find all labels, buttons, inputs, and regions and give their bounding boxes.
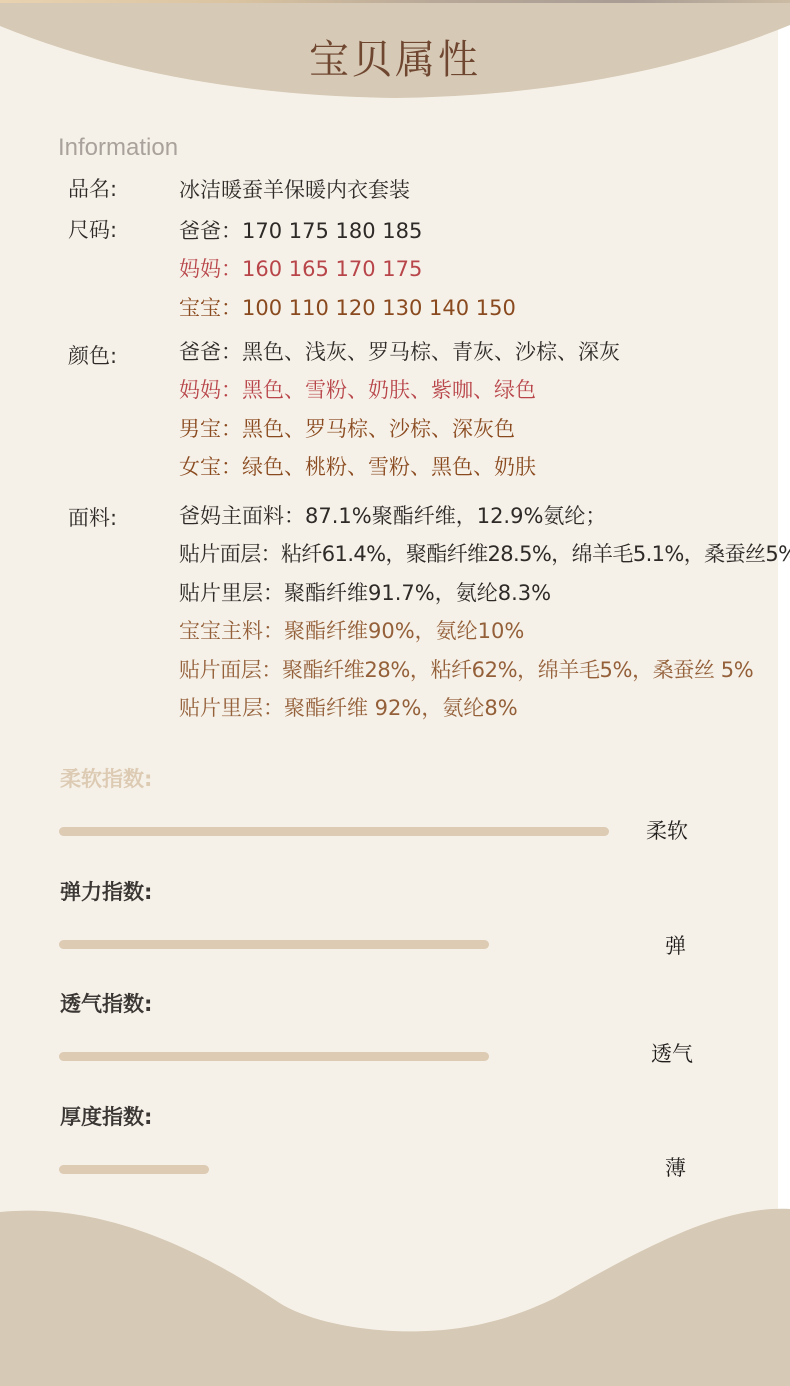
- breathability-index-bar: [59, 1052, 489, 1061]
- fabric-parent-patch-outer: 贴片面层：粘纤61.4%，聚酯纤维28.5%，绵羊毛5.1%，桑蚕丝5%；: [179, 541, 790, 567]
- fabric-kid-main: 宝宝主料：聚酯纤维90%，氨纶10%: [179, 618, 524, 644]
- softness-index-bar: [59, 827, 609, 836]
- product-name-label: 品名:: [68, 176, 117, 202]
- thickness-index-value: 薄: [665, 1152, 686, 1182]
- color-dad: 爸爸：黑色、浅灰、罗马棕、青灰、沙棕、深灰: [179, 339, 620, 365]
- color-mom: 妈妈：黑色、雪粉、奶肤、紫咖、绿色: [179, 377, 536, 403]
- product-name-value: 冰洁暖蚕羊保暖内衣套装: [179, 177, 410, 203]
- size-mom: 妈妈：160 165 170 175: [179, 256, 422, 282]
- breathability-index-value: 透气: [651, 1038, 693, 1068]
- elasticity-index-bar: [59, 940, 489, 949]
- page-title: 宝贝属性: [0, 28, 790, 85]
- fabric-kid-patch-inner: 贴片里层：聚酯纤维 92%，氨纶8%: [179, 695, 518, 721]
- elasticity-index-value: 弹: [665, 930, 686, 960]
- breathability-index-title: 透气指数:: [60, 988, 152, 1018]
- fabric-parent-patch-inner: 贴片里层：聚酯纤维91.7%，氨纶8.3%: [179, 580, 551, 606]
- softness-index-title: 柔软指数:: [60, 763, 152, 793]
- footer-wave-shape: [0, 1180, 790, 1386]
- color-girl: 女宝：绿色、桃粉、雪粉、黑色、奶肤: [179, 454, 536, 480]
- color-label: 颜色:: [68, 343, 117, 369]
- thickness-index-title: 厚度指数:: [60, 1101, 152, 1131]
- fabric-parent-main: 爸妈主面料：87.1%聚酯纤维，12.9%氨纶；: [179, 503, 606, 529]
- size-dad: 爸爸：170 175 180 185: [179, 218, 422, 244]
- elasticity-index-title: 弹力指数:: [60, 876, 152, 906]
- thickness-index-bar: [59, 1165, 209, 1174]
- size-label: 尺码:: [68, 217, 117, 243]
- fabric-kid-patch-outer: 贴片面层：聚酯纤维28%，粘纤62%，绵羊毛5%，桑蚕丝 5%: [179, 657, 753, 683]
- information-heading: Information: [58, 134, 178, 162]
- softness-index-value: 柔软: [646, 815, 688, 845]
- fabric-label: 面料:: [68, 505, 117, 531]
- product-attributes-panel: 宝贝属性 Information 品名: 冰洁暖蚕羊保暖内衣套装 尺码: 爸爸：…: [0, 0, 790, 1386]
- color-boy: 男宝：黑色、罗马棕、沙棕、深灰色: [179, 416, 515, 442]
- size-kid: 宝宝：100 110 120 130 140 150: [179, 295, 516, 321]
- content-background: [0, 0, 778, 1386]
